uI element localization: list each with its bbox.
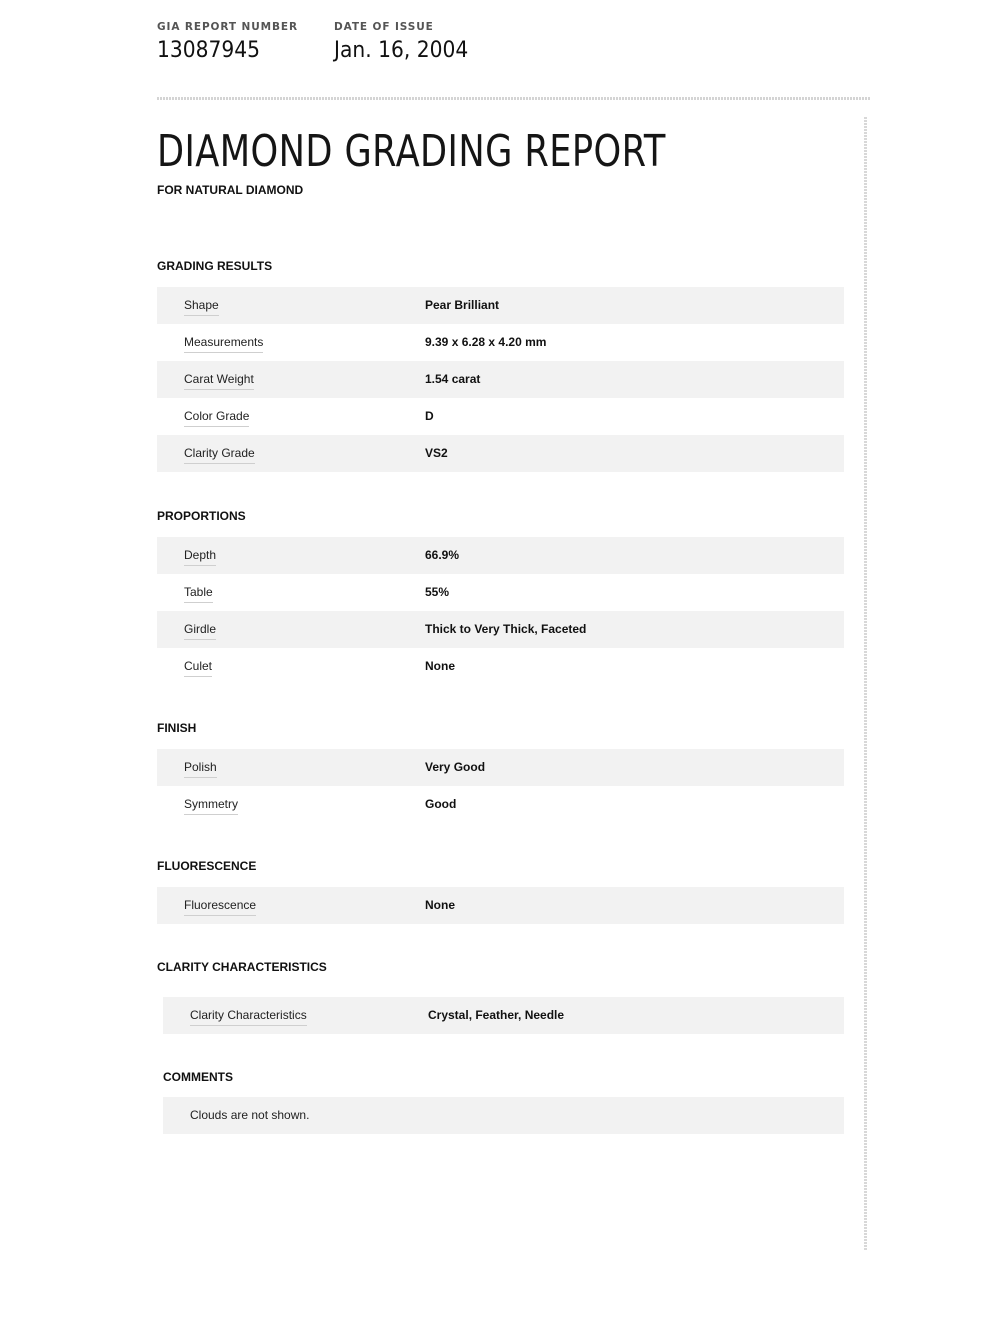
table-row: Clarity Characteristics Crystal, Feather… <box>163 997 844 1034</box>
report-number-label: GIA REPORT NUMBER <box>157 21 298 33</box>
row-value: Good <box>425 797 456 811</box>
row-value: Pear Brilliant <box>425 298 499 312</box>
header-divider <box>157 97 870 100</box>
row-label[interactable]: Table <box>184 585 213 603</box>
row-label[interactable]: Culet <box>184 659 212 677</box>
row-label[interactable]: Depth <box>184 548 216 566</box>
section-heading: PROPORTIONS <box>157 509 844 531</box>
table-row: Table 55% <box>157 574 844 611</box>
table-row: Carat Weight 1.54 carat <box>157 361 844 398</box>
table-row: Depth 66.9% <box>157 537 844 574</box>
comment-text: Clouds are not shown. <box>190 1108 309 1122</box>
row-label[interactable]: Carat Weight <box>184 372 254 390</box>
row-label[interactable]: Fluorescence <box>184 898 256 916</box>
report-number-block: GIA REPORT NUMBER 13087945 <box>157 21 298 63</box>
section-grading-results: GRADING RESULTS Shape Pear Brilliant Mea… <box>157 259 844 472</box>
section-heading: COMMENTS <box>163 1070 844 1092</box>
row-label[interactable]: Clarity Grade <box>184 446 255 464</box>
section-comments: COMMENTS Clouds are not shown. <box>163 1070 844 1134</box>
section-heading: CLARITY CHARACTERISTICS <box>157 960 844 982</box>
table-row: Polish Very Good <box>157 749 844 786</box>
table-row: Clarity Grade VS2 <box>157 435 844 472</box>
row-label[interactable]: Polish <box>184 760 217 778</box>
table-row: Measurements 9.39 x 6.28 x 4.20 mm <box>157 324 844 361</box>
table-row: Culet None <box>157 648 844 685</box>
row-value: None <box>425 659 455 673</box>
row-label[interactable]: Shape <box>184 298 219 316</box>
row-value: Very Good <box>425 760 485 774</box>
row-label[interactable]: Symmetry <box>184 797 238 815</box>
row-label[interactable]: Girdle <box>184 622 216 640</box>
row-value: VS2 <box>425 446 448 460</box>
table-row: Girdle Thick to Very Thick, Faceted <box>157 611 844 648</box>
section-proportions: PROPORTIONS Depth 66.9% Table 55% Girdle… <box>157 509 844 685</box>
row-label[interactable]: Clarity Characteristics <box>190 1008 307 1026</box>
side-divider <box>864 116 867 1250</box>
page-title: DIAMOND GRADING REPORT <box>157 126 666 177</box>
date-of-issue-label: DATE OF ISSUE <box>334 21 480 33</box>
row-value: None <box>425 898 455 912</box>
date-of-issue-block: DATE OF ISSUE Jan. 16, 2004 <box>334 21 480 63</box>
section-fluorescence: FLUORESCENCE Fluorescence None <box>157 859 844 924</box>
table-row: Color Grade D <box>157 398 844 435</box>
row-value: 66.9% <box>425 548 459 562</box>
row-value: Thick to Very Thick, Faceted <box>425 622 586 636</box>
row-label[interactable]: Measurements <box>184 335 263 353</box>
row-value: 1.54 carat <box>425 372 480 386</box>
row-label[interactable]: Color Grade <box>184 409 249 427</box>
row-value: 55% <box>425 585 449 599</box>
comment-row: Clouds are not shown. <box>163 1097 844 1134</box>
row-value: Crystal, Feather, Needle <box>428 1008 564 1022</box>
section-finish: FINISH Polish Very Good Symmetry Good <box>157 721 844 823</box>
table-row: Fluorescence None <box>157 887 844 924</box>
table-row: Shape Pear Brilliant <box>157 287 844 324</box>
report-number: 13087945 <box>157 38 287 63</box>
table-row: Symmetry Good <box>157 786 844 823</box>
section-heading: FLUORESCENCE <box>157 859 844 881</box>
section-heading: FINISH <box>157 721 844 743</box>
row-value: D <box>425 409 434 423</box>
row-value: 9.39 x 6.28 x 4.20 mm <box>425 335 546 349</box>
section-clarity-characteristics: CLARITY CHARACTERISTICS Clarity Characte… <box>157 960 844 1034</box>
page-subtitle: FOR NATURAL DIAMOND <box>157 183 303 197</box>
date-of-issue: Jan. 16, 2004 <box>334 38 468 63</box>
section-heading: GRADING RESULTS <box>157 259 844 281</box>
